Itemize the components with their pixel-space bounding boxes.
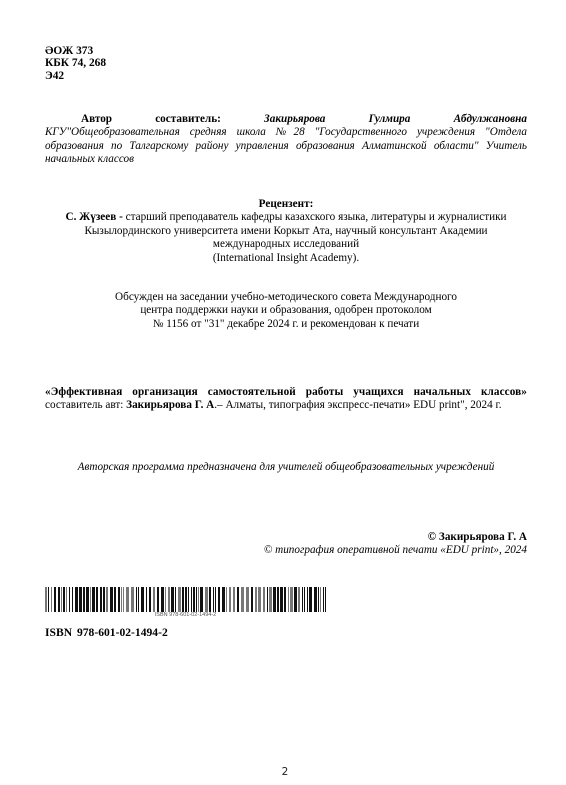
citation-author: Закирьярова Г. А [126, 399, 214, 411]
barcode-caption: ISBN 978-601-02-1494-2 [45, 612, 326, 618]
citation-rest: .– Алматы, типография экспресс-печати» E… [214, 399, 501, 411]
author-block: Автор составитель: Закирьярова Гулмира А… [45, 113, 527, 167]
udc-code: ӘОЖ 373 [45, 45, 106, 57]
book-title: «Эффективная организация самостоятельной… [45, 386, 527, 398]
approval-block: Обсужден на заседании учебно-методическо… [45, 291, 527, 331]
copyright-block: © Закирьярова Г. А © типография оператив… [127, 531, 527, 558]
reviewer-heading: Рецензент: [45, 198, 527, 211]
isbn-number: ISBN 978-601-02-1494-2 [45, 626, 168, 639]
copyright-author: © Закирьярова Г. А [127, 531, 527, 544]
reviewer-name: С. Жүзеев - [65, 211, 122, 223]
author-name: Гулмира [369, 113, 411, 126]
author-label-1: Автор [81, 113, 112, 126]
approval-line-2: центра поддержки науки и образования, од… [45, 304, 527, 317]
reviewer-description: старший преподаватель кафедры казахского… [84, 211, 506, 250]
purpose-statement: Авторская программа предназначена для уч… [45, 461, 527, 474]
citation-block: «Эффективная организация самостоятельной… [45, 386, 527, 413]
reviewer-text: С. Жүзеев - старший преподаватель кафедр… [45, 211, 527, 251]
author-surname: Закирьярова [264, 113, 325, 126]
author-affiliation: КГУ"Общеобразовательная средняя школа №2… [45, 126, 527, 166]
author-label-2: составитель: [155, 113, 221, 126]
lbc-code: КБК 74, 268 [45, 57, 106, 69]
approval-line-1: Обсужден на заседании учебно-методическо… [45, 291, 527, 304]
author-mark: Э42 [45, 70, 106, 82]
citation-prefix: составитель авт: [45, 399, 126, 411]
classification-codes: ӘОЖ 373 КБК 74, 268 Э42 [45, 45, 106, 82]
reviewer-org-en: (International Insight Academy). [45, 252, 527, 265]
reviewer-block: Рецензент: С. Жүзеев - старший преподава… [45, 198, 527, 265]
page-number: 2 [280, 766, 290, 779]
isbn-barcode [45, 587, 326, 612]
approval-line-3: № 1156 от "31" декабре 2024 г. и рекомен… [45, 318, 527, 331]
author-line: Автор составитель: Закирьярова Гулмира А… [45, 113, 527, 126]
copyright-publisher: © типография оперативной печати «EDU pri… [127, 544, 527, 557]
author-patronymic: Абдулжановна [454, 113, 527, 126]
